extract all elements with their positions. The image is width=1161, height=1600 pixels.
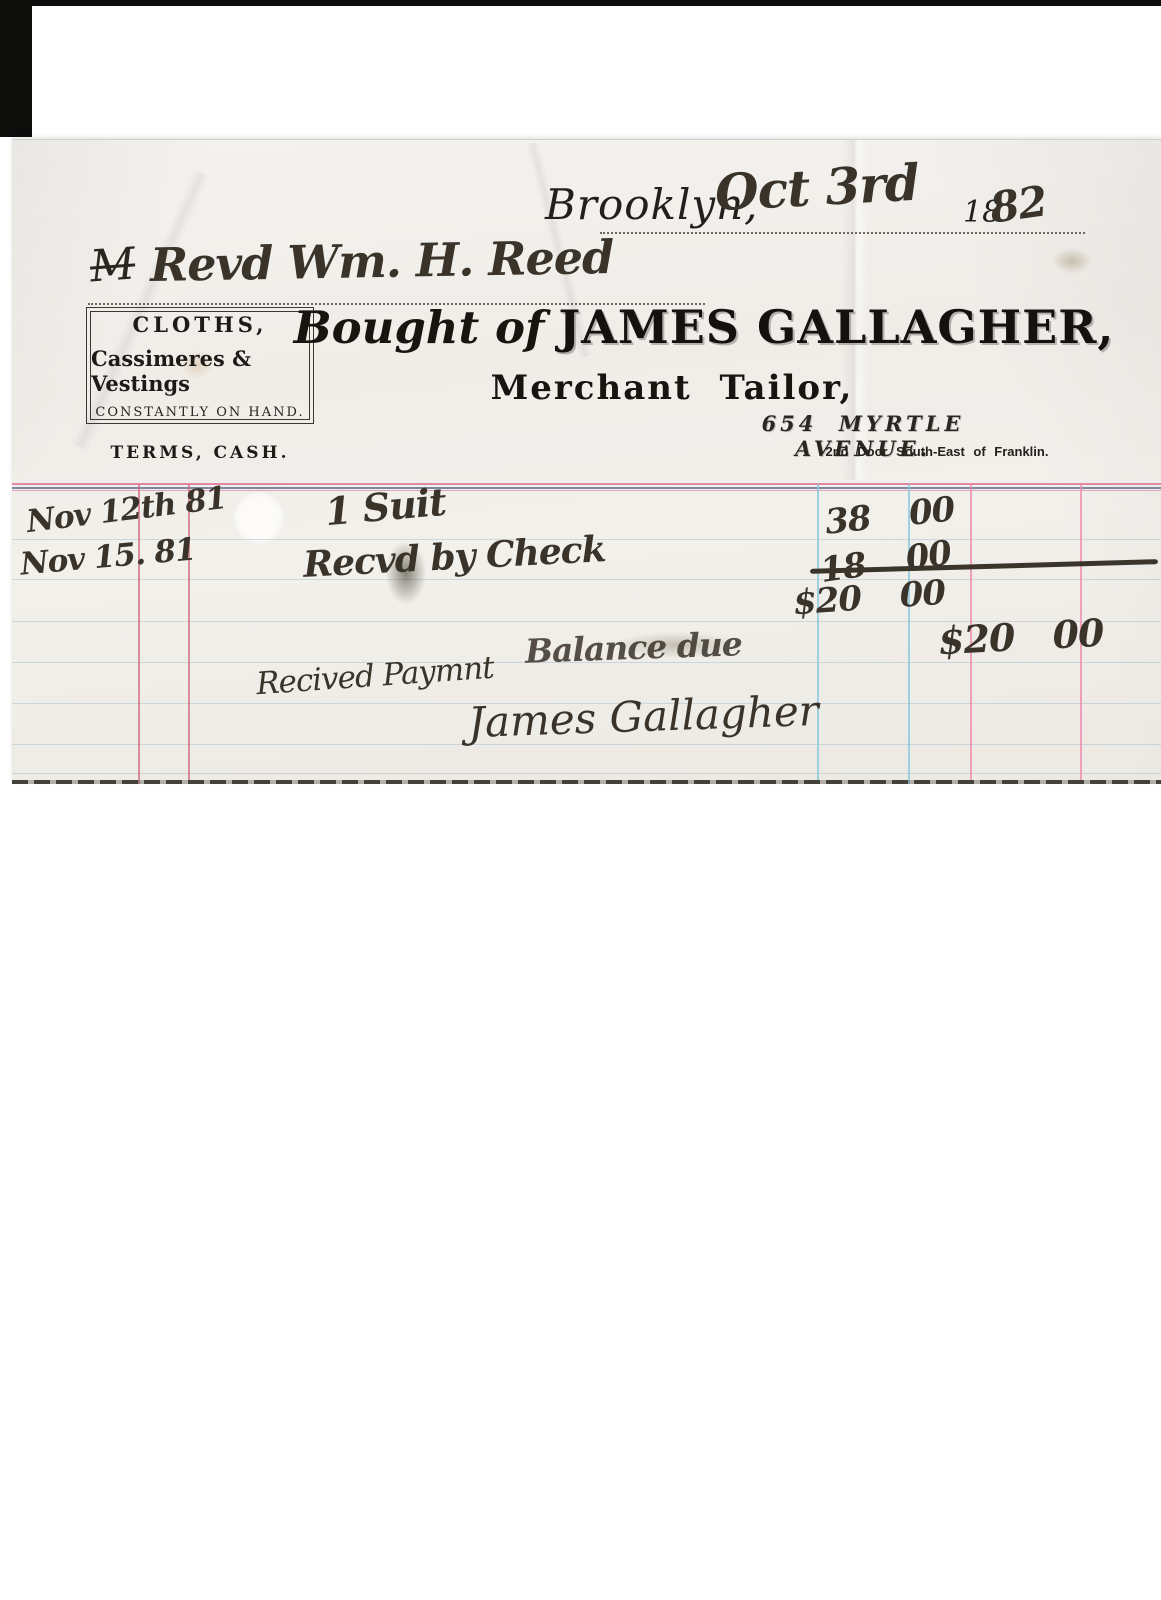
paper-torn-edge: [12, 780, 1161, 784]
bought-of-label: Bought of: [294, 301, 545, 354]
occupation: Merchant Tailor,: [472, 368, 872, 408]
column-rule-red: [188, 484, 190, 784]
street-address-note: 2nd Door South-East of Franklin.: [812, 444, 1062, 459]
scanned-billhead: Brooklyn, 18 Oct 3rd 82 M Revd Wm. H. Re…: [0, 0, 1161, 1600]
signature: James Gallagher: [467, 686, 819, 747]
paper-damage: [234, 492, 284, 544]
handwritten-year: 82: [987, 176, 1050, 232]
merchant-name: JAMES GALLAGHER,: [558, 300, 1114, 354]
goods-box: CLOTHS, Cassimeres & Vestings CONSTANTLY…: [86, 307, 314, 424]
entry-description: 1 Suit: [323, 479, 447, 534]
balance-due-amount: $20 00: [937, 610, 1105, 664]
ruling-line: [12, 744, 1161, 745]
headline: Bought of JAMES GALLAGHER,: [334, 300, 1074, 354]
billhead-paper: Brooklyn, 18 Oct 3rd 82 M Revd Wm. H. Re…: [12, 139, 1161, 784]
ruling-line: [12, 773, 1161, 774]
handwritten-date: Oct 3rd: [714, 153, 920, 223]
subtotal-amount: $20 00: [792, 573, 947, 624]
goods-line-on-hand: CONSTANTLY ON HAND.: [95, 405, 304, 420]
column-rule-blue: [817, 484, 819, 784]
balance-due-label: Balance due: [524, 624, 742, 671]
goods-line-cloths: CLOTHS,: [133, 312, 268, 337]
date-rule: [600, 232, 1085, 234]
ruling-line: [12, 579, 1161, 580]
goods-line-cassimeres: Cassimeres & Vestings: [91, 346, 309, 396]
goods-box-inner: CLOTHS, Cassimeres & Vestings CONSTANTLY…: [90, 311, 310, 420]
printed-addressee-prefix: M: [88, 238, 137, 292]
terms-cash: TERMS, CASH.: [86, 443, 314, 463]
scanner-edge-left: [0, 0, 32, 137]
handwritten-addressee: Revd Wm. H. Reed: [150, 230, 614, 292]
entry-description: Recvd by Check: [302, 528, 606, 586]
received-payment-note: Recived Paymnt: [255, 650, 495, 703]
column-rule-red: [138, 484, 140, 784]
stain: [1052, 248, 1092, 274]
scanner-edge-top: [0, 0, 1161, 6]
